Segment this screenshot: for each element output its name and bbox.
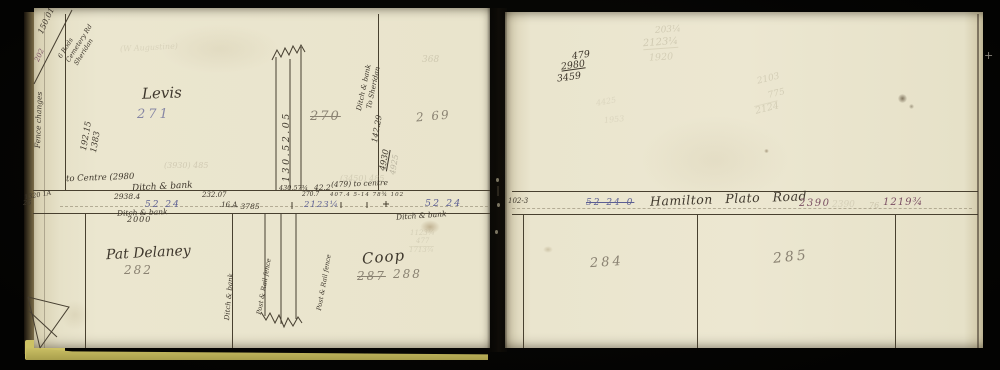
road-measure-1219: 1219¾ bbox=[883, 198, 923, 208]
faint-arithmetic-2: 477 bbox=[416, 238, 429, 245]
road-measure-2000: 2000 bbox=[127, 216, 151, 224]
lane-measure: 130.52.05 bbox=[282, 111, 292, 182]
road-measure-42: 42.2 bbox=[314, 184, 331, 192]
faint-sum-a3: 1920 bbox=[649, 52, 674, 63]
road-tiny-measures: 407.4 5-14 78¾ 102 bbox=[330, 193, 404, 199]
parcel-number-269: 2 69 bbox=[416, 109, 452, 124]
road-measure-102: 102-3 bbox=[508, 198, 528, 205]
owner-name-delaney: Pat Delaney bbox=[106, 244, 191, 262]
road-measure-270: 270.7 bbox=[302, 192, 319, 198]
notebook-scan: 150.01 202 6 Rods Cemetery Rd Sheridan F… bbox=[0, 0, 1000, 370]
road-note-centre: to Centre (2980 bbox=[66, 173, 135, 184]
road-blue-measure-2: 2123¼ bbox=[304, 201, 339, 210]
faint-number-368: 368 bbox=[422, 56, 439, 65]
road-blue-measure-3: 52 24 bbox=[425, 199, 462, 209]
faint-sum-a1: 203¼ bbox=[655, 25, 681, 36]
margin-vertical-label: Fence changes bbox=[34, 92, 43, 149]
parcel-number-285: 285 bbox=[772, 248, 809, 266]
page-marker-icon: + bbox=[984, 50, 993, 61]
lane-upper-zigzag bbox=[272, 45, 305, 60]
faint-road-measure-2390: 2390 bbox=[832, 201, 855, 210]
parcel-number-282: 282 bbox=[124, 264, 153, 276]
faint-arithmetic-3: 1713¾ bbox=[409, 246, 434, 254]
road-measure-2390: 2390 bbox=[799, 199, 830, 209]
faint-road-measure-76: 76 bbox=[869, 202, 879, 210]
folded-corner-sketch bbox=[28, 297, 69, 348]
parcel-number-284: 284 bbox=[590, 255, 625, 270]
parcel-number-288: 288 bbox=[393, 268, 422, 280]
parcel-number-271: 271 bbox=[137, 108, 171, 121]
faint-number-3930: (3930) 485 bbox=[164, 162, 208, 170]
road-measure-3785: ---- 3785 bbox=[228, 203, 260, 211]
road-note-479-centre: (479) to centre bbox=[331, 179, 388, 188]
owner-name-coop: Coop bbox=[361, 248, 405, 267]
owner-name-levis: Levis bbox=[142, 85, 182, 101]
parcel-number-270: 270 bbox=[310, 110, 341, 123]
road-measure-1: 2938.4 bbox=[114, 193, 140, 201]
parcel-number-struck: 287 bbox=[357, 270, 386, 282]
road-measure-2: 232.07 bbox=[202, 192, 227, 199]
road-blue-struck-measure: 52 24 0 bbox=[586, 199, 634, 208]
road-edge-note-b: 26 bbox=[23, 200, 31, 207]
faint-arithmetic-1: 1123¾ bbox=[410, 230, 435, 237]
